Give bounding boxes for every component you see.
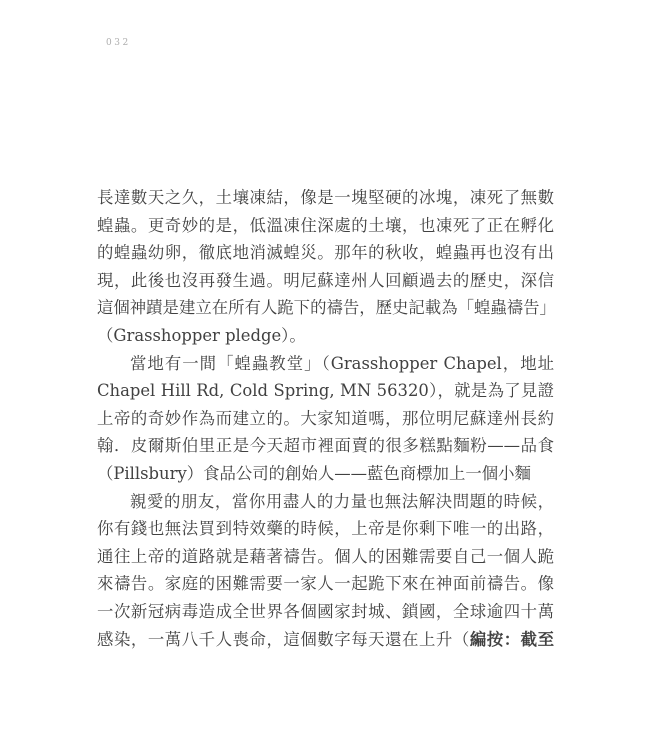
text-line: 通往上帝的道路就是藉著禱告。個人的困難需要自己一個人跪下 bbox=[97, 543, 554, 571]
text-line: Chapel Hill Rd, Cold Spring, MN 56320），就… bbox=[97, 377, 554, 405]
text-line: 長達數天之久，土壤凍結，像是一塊堅硬的冰塊，凍死了無數 bbox=[97, 184, 554, 212]
text-line: 一次新冠病毒造成全世界各個國家封城、鎖國，全球逾四十萬人 bbox=[97, 598, 554, 626]
text-line: 現，此後也沒再發生過。明尼蘇達州人回顧過去的歷史，深信 bbox=[97, 267, 554, 295]
body-text-run: 長達數天之久，土壤凍結，像是一塊堅硬的冰塊，凍死了無數 bbox=[97, 188, 554, 207]
body-text-run: 你有錢也無法買到特效藥的時候，上帝是你剩下唯一的出路，而 bbox=[97, 519, 554, 543]
body-text-run: 翰．皮爾斯伯里正是今天超市裡面賣的很多糕點麵粉——品食樂 bbox=[97, 436, 554, 460]
body-text-run: 通往上帝的道路就是藉著禱告。個人的困難需要自己一個人跪下 bbox=[97, 547, 554, 571]
text-line: 翰．皮爾斯伯里正是今天超市裡面賣的很多糕點麵粉——品食樂 bbox=[97, 432, 554, 460]
page-number: 032 bbox=[106, 38, 131, 48]
body-text-run: 現，此後也沒再發生過。明尼蘇達州人回顧過去的歷史，深信 bbox=[97, 271, 554, 290]
body-text-run: （Pillsbury）食品公司的創始人——藍色商標加上一個小麵人。 bbox=[97, 464, 531, 488]
body-text-run: （Grasshopper pledge）。 bbox=[97, 326, 306, 345]
body-text-run: 上帝的奇妙作為而建立的。大家知道嗎，那位明尼蘇達州長約 bbox=[97, 409, 554, 428]
text-line: 感染，一萬八千人喪命，這個數字每天還在上升（編按：截至去 bbox=[97, 626, 554, 654]
text-line: 當地有一間「蝗蟲教堂」（Grasshopper Chapel，地址 22912 bbox=[97, 350, 554, 378]
text-line: 上帝的奇妙作為而建立的。大家知道嗎，那位明尼蘇達州長約 bbox=[97, 405, 554, 433]
body-text-run: 一次新冠病毒造成全世界各個國家封城、鎖國，全球逾四十萬人 bbox=[97, 602, 554, 626]
body-text-run: 當地有一間「蝗蟲教堂」（Grasshopper Chapel，地址 22912 bbox=[97, 354, 554, 378]
book-page: 032 長達數天之久，土壤凍結，像是一塊堅硬的冰塊，凍死了無數蝗蟲。更奇妙的是，… bbox=[0, 0, 650, 750]
body-text-run: 感染，一萬八千人喪命，這個數字每天還在上升（ bbox=[97, 630, 470, 649]
text-block: 長達數天之久，土壤凍結，像是一塊堅硬的冰塊，凍死了無數蝗蟲。更奇妙的是，低溫凍住… bbox=[97, 184, 554, 653]
text-line: 蝗蟲。更奇妙的是，低溫凍住深處的土壤，也凍死了正在孵化 bbox=[97, 212, 554, 240]
body-text-run: 蝗蟲。更奇妙的是，低溫凍住深處的土壤，也凍死了正在孵化 bbox=[97, 216, 554, 235]
text-line: （Pillsbury）食品公司的創始人——藍色商標加上一個小麵人。 bbox=[97, 460, 554, 488]
text-line: 這個神蹟是建立在所有人跪下的禱告，歷史記載為「蝗蟲禱告」 bbox=[97, 294, 554, 322]
body-text-run: 來禱告。家庭的困難需要一家人一起跪下來在神面前禱告。像這 bbox=[97, 574, 554, 598]
text-line: （Grasshopper pledge）。 bbox=[97, 322, 554, 350]
text-line: 親愛的朋友，當你用盡人的力量也無法解決問題的時候，當 bbox=[97, 488, 554, 516]
body-text-run: 親愛的朋友，當你用盡人的力量也無法解決問題的時候，當 bbox=[97, 492, 554, 516]
body-text-run: 的蝗蟲幼卵，徹底地消滅蝗災。那年的秋收，蝗蟲再也沒有出 bbox=[97, 243, 554, 262]
text-line: 的蝗蟲幼卵，徹底地消滅蝗災。那年的秋收，蝗蟲再也沒有出 bbox=[97, 239, 554, 267]
text-line: 你有錢也無法買到特效藥的時候，上帝是你剩下唯一的出路，而 bbox=[97, 515, 554, 543]
body-text-run: Chapel Hill Rd, Cold Spring, MN 56320），就… bbox=[97, 381, 554, 405]
body-text-run: 這個神蹟是建立在所有人跪下的禱告，歷史記載為「蝗蟲禱告」 bbox=[97, 298, 554, 317]
text-line: 來禱告。家庭的困難需要一家人一起跪下來在神面前禱告。像這 bbox=[97, 570, 554, 598]
